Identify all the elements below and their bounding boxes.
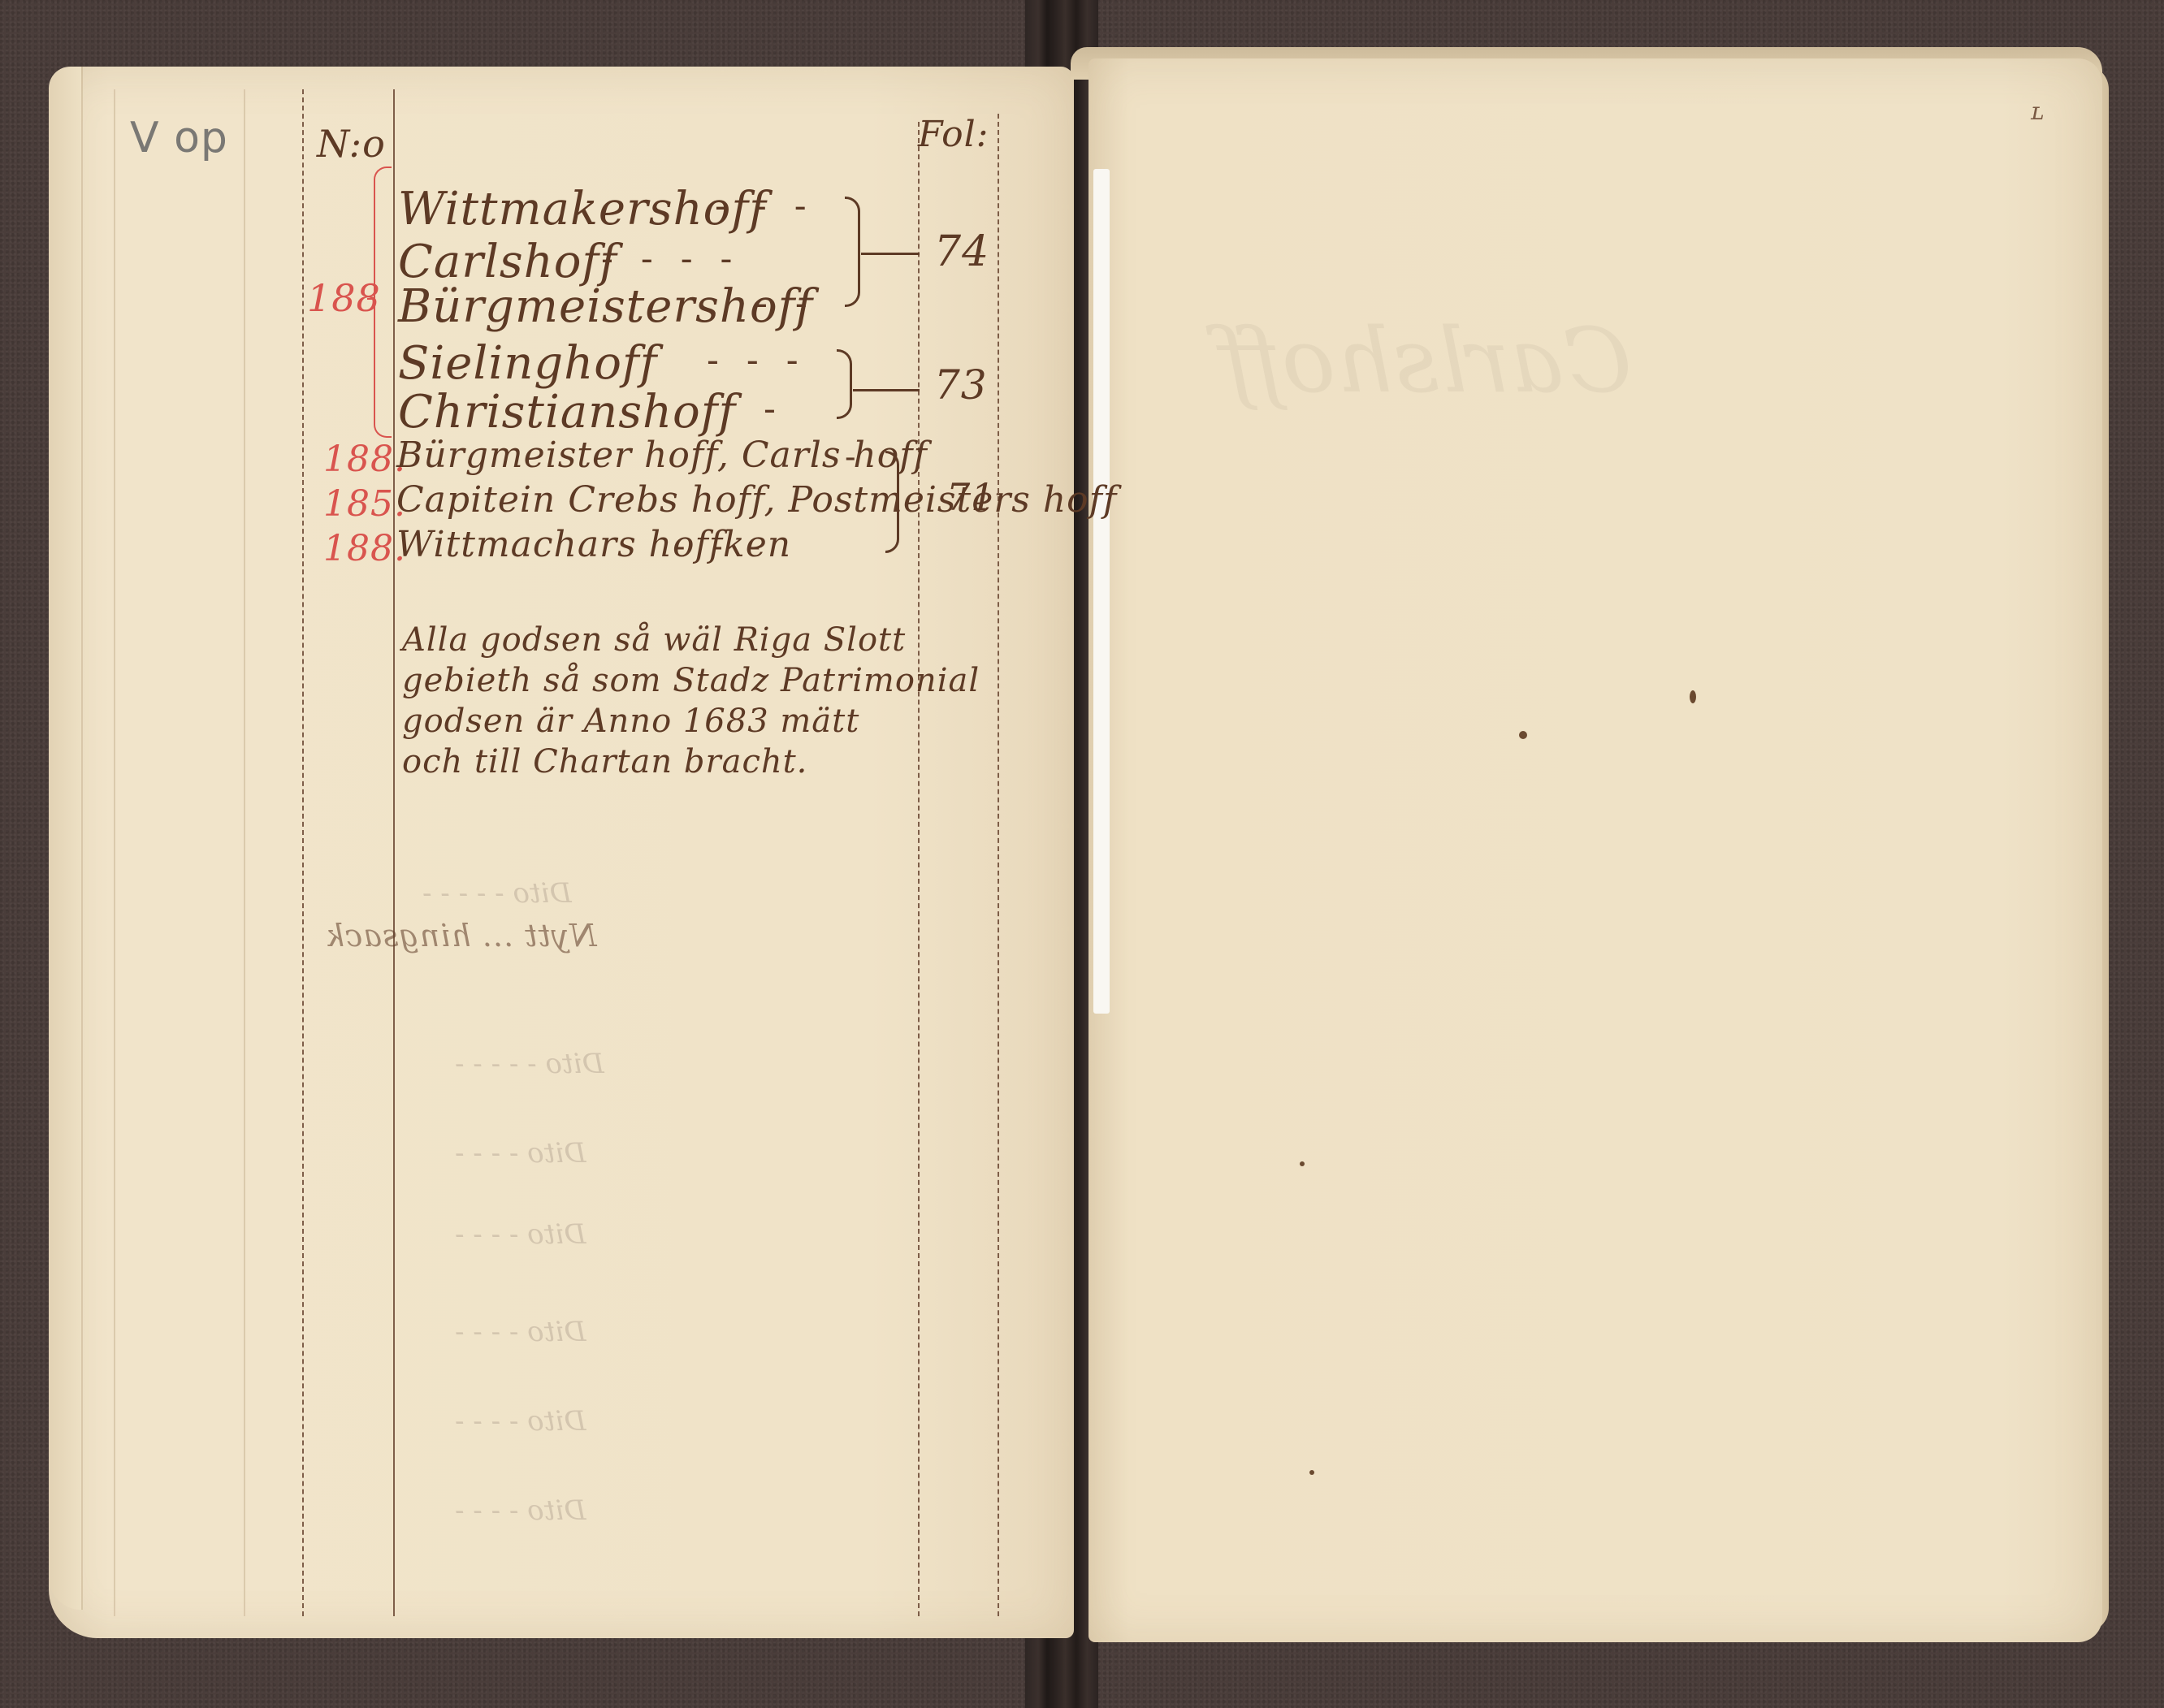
note-line: godsen är Anno 1683 mätt xyxy=(402,703,859,740)
note-line: Alla godsen så wäl Riga Slott xyxy=(402,621,906,659)
note-line: gebieth så som Stadz Patrimonial xyxy=(402,662,980,699)
note-line: och till Chartan bracht. xyxy=(402,743,807,780)
ink-bracket xyxy=(885,451,899,553)
ink-speck xyxy=(1690,690,1696,703)
entry-name: Christianshoff xyxy=(398,386,736,439)
ghost-text: Dito - - - - xyxy=(455,1218,586,1251)
pencil-shelfmark: V op xyxy=(130,114,228,162)
bleedthrough-fragment: Nytt ... hingsack xyxy=(325,918,597,953)
gutter-paper-strip xyxy=(1093,169,1110,1014)
folio-number: 74 xyxy=(934,227,989,276)
entry-number: 185. xyxy=(323,483,406,525)
entry-dashes: - - - - xyxy=(601,238,740,279)
margin-rule-faint xyxy=(114,89,115,1616)
folio-number: 73 xyxy=(934,361,988,409)
ink-speck xyxy=(1519,731,1527,739)
column-rule-folio-right xyxy=(998,114,999,1616)
entry-dashes: - xyxy=(845,439,864,476)
ghost-text: Dito - - - - - xyxy=(422,877,572,910)
entry-name: Bürgmeistershoff xyxy=(398,280,813,333)
ghost-text: Dito - - - - xyxy=(455,1494,586,1527)
entry-number: 188. xyxy=(323,528,406,569)
entry-name: Sielinghoff xyxy=(398,337,657,390)
right-page xyxy=(1088,58,2102,1642)
entry-number: 188. xyxy=(323,439,406,480)
column-header-number: N:o xyxy=(317,122,386,166)
column-rule-text xyxy=(393,89,395,1616)
corner-mark: ʟ xyxy=(2031,97,2045,126)
ghost-text-right: Carlshoff xyxy=(1218,309,1632,413)
arrow-line xyxy=(853,389,920,391)
entry-name: Wittmakershoff xyxy=(398,183,767,236)
column-rule-number xyxy=(302,89,304,1616)
ink-bracket xyxy=(845,197,860,307)
entry-dashes: - - - xyxy=(674,528,768,565)
group-number: 188 xyxy=(307,276,381,320)
ink-speck xyxy=(1309,1470,1314,1475)
column-header-folio: Fol: xyxy=(918,114,989,155)
ink-speck xyxy=(1300,1161,1305,1166)
entry-dashes: - - xyxy=(755,283,816,324)
ghost-text: Dito - - - - xyxy=(455,1137,586,1170)
ghost-text: Dito - - - - - xyxy=(455,1048,604,1080)
arrow-line xyxy=(861,253,920,255)
entry-dashes: - - - xyxy=(715,185,815,227)
margin-rule-faint-2 xyxy=(244,89,245,1616)
entry-dashes: - - - xyxy=(707,339,807,381)
ink-bracket xyxy=(837,349,852,419)
entry-name: Capitein Crebs hoff, Postmeisters hoff xyxy=(396,479,1117,521)
ghost-text: Dito - - - - xyxy=(455,1405,586,1438)
ghost-text: Dito - - - - xyxy=(455,1316,586,1348)
folio-number: 71 xyxy=(946,475,996,519)
column-rule-folio-left xyxy=(918,122,920,1616)
left-page-edge xyxy=(49,67,81,1610)
entry-dashes: - xyxy=(764,388,784,430)
